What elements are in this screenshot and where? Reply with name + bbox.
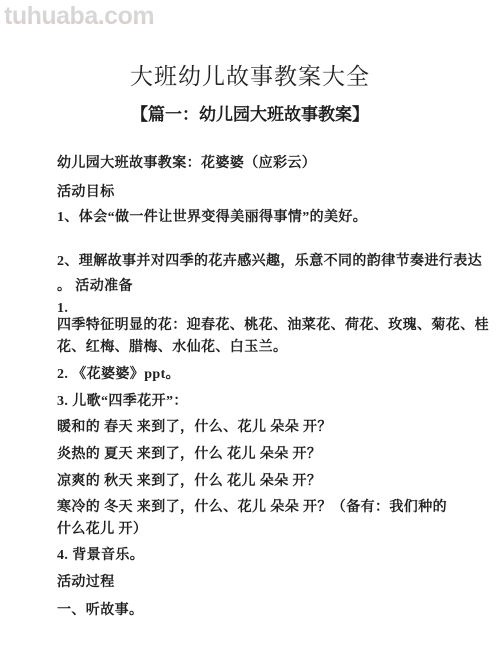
doc-line: 2. 《花婆婆》ppt。 (57, 366, 472, 383)
doc-line: 3. 儿歌“四季花开”： (57, 393, 472, 410)
doc-line: 暖和的 春天 来到了，什么、花儿 朵朵 开？ (57, 419, 472, 436)
doc-line: 花、红梅、腊梅、水仙花、白玉兰。 (57, 339, 472, 356)
doc-line: 寒冷的 冬天 来到了，什么、花儿 朵朵 开？（备有：我们种的 (57, 499, 472, 516)
doc-line: 凉爽的 秋天 来到了，什么 花儿 朵朵 开？ (57, 473, 472, 490)
doc-line: 活动过程 (57, 574, 472, 591)
doc-line: 活动目标 (57, 184, 472, 201)
section-heading: 【篇一：幼儿园大班故事教案】 (0, 100, 500, 125)
doc-line: 幼儿园大班故事教案：花婆婆（应彩云） (57, 155, 472, 172)
document-page: tuhuaba.com 大班幼儿故事教案大全 【篇一：幼儿园大班故事教案】 幼儿… (0, 0, 500, 647)
doc-line: 四季特征明显的花：迎春花、桃花、油菜花、荷花、玫瑰、菊花、桂 (57, 317, 472, 334)
doc-line: 一、听故事。 (57, 602, 472, 619)
page-title: 大班幼儿故事教案大全 (0, 58, 500, 91)
doc-line: 什么花儿 开） (57, 521, 472, 538)
doc-line: 1. (57, 300, 472, 317)
doc-line: 2、理解故事并对四季的花卉感兴趣，乐意不同的韵律节奏进行表达 (57, 253, 472, 270)
doc-line: 1、体会“做一件让世界变得美丽得事情”的美好。 (57, 209, 472, 226)
doc-line: 。 活动准备 (57, 278, 472, 295)
doc-line: 4. 背景音乐。 (57, 547, 472, 564)
doc-line: 炎热的 夏天 来到了，什么 花儿 朵朵 开？ (57, 446, 472, 463)
tuhuaba-watermark-logo: tuhuaba.com (4, 2, 154, 31)
